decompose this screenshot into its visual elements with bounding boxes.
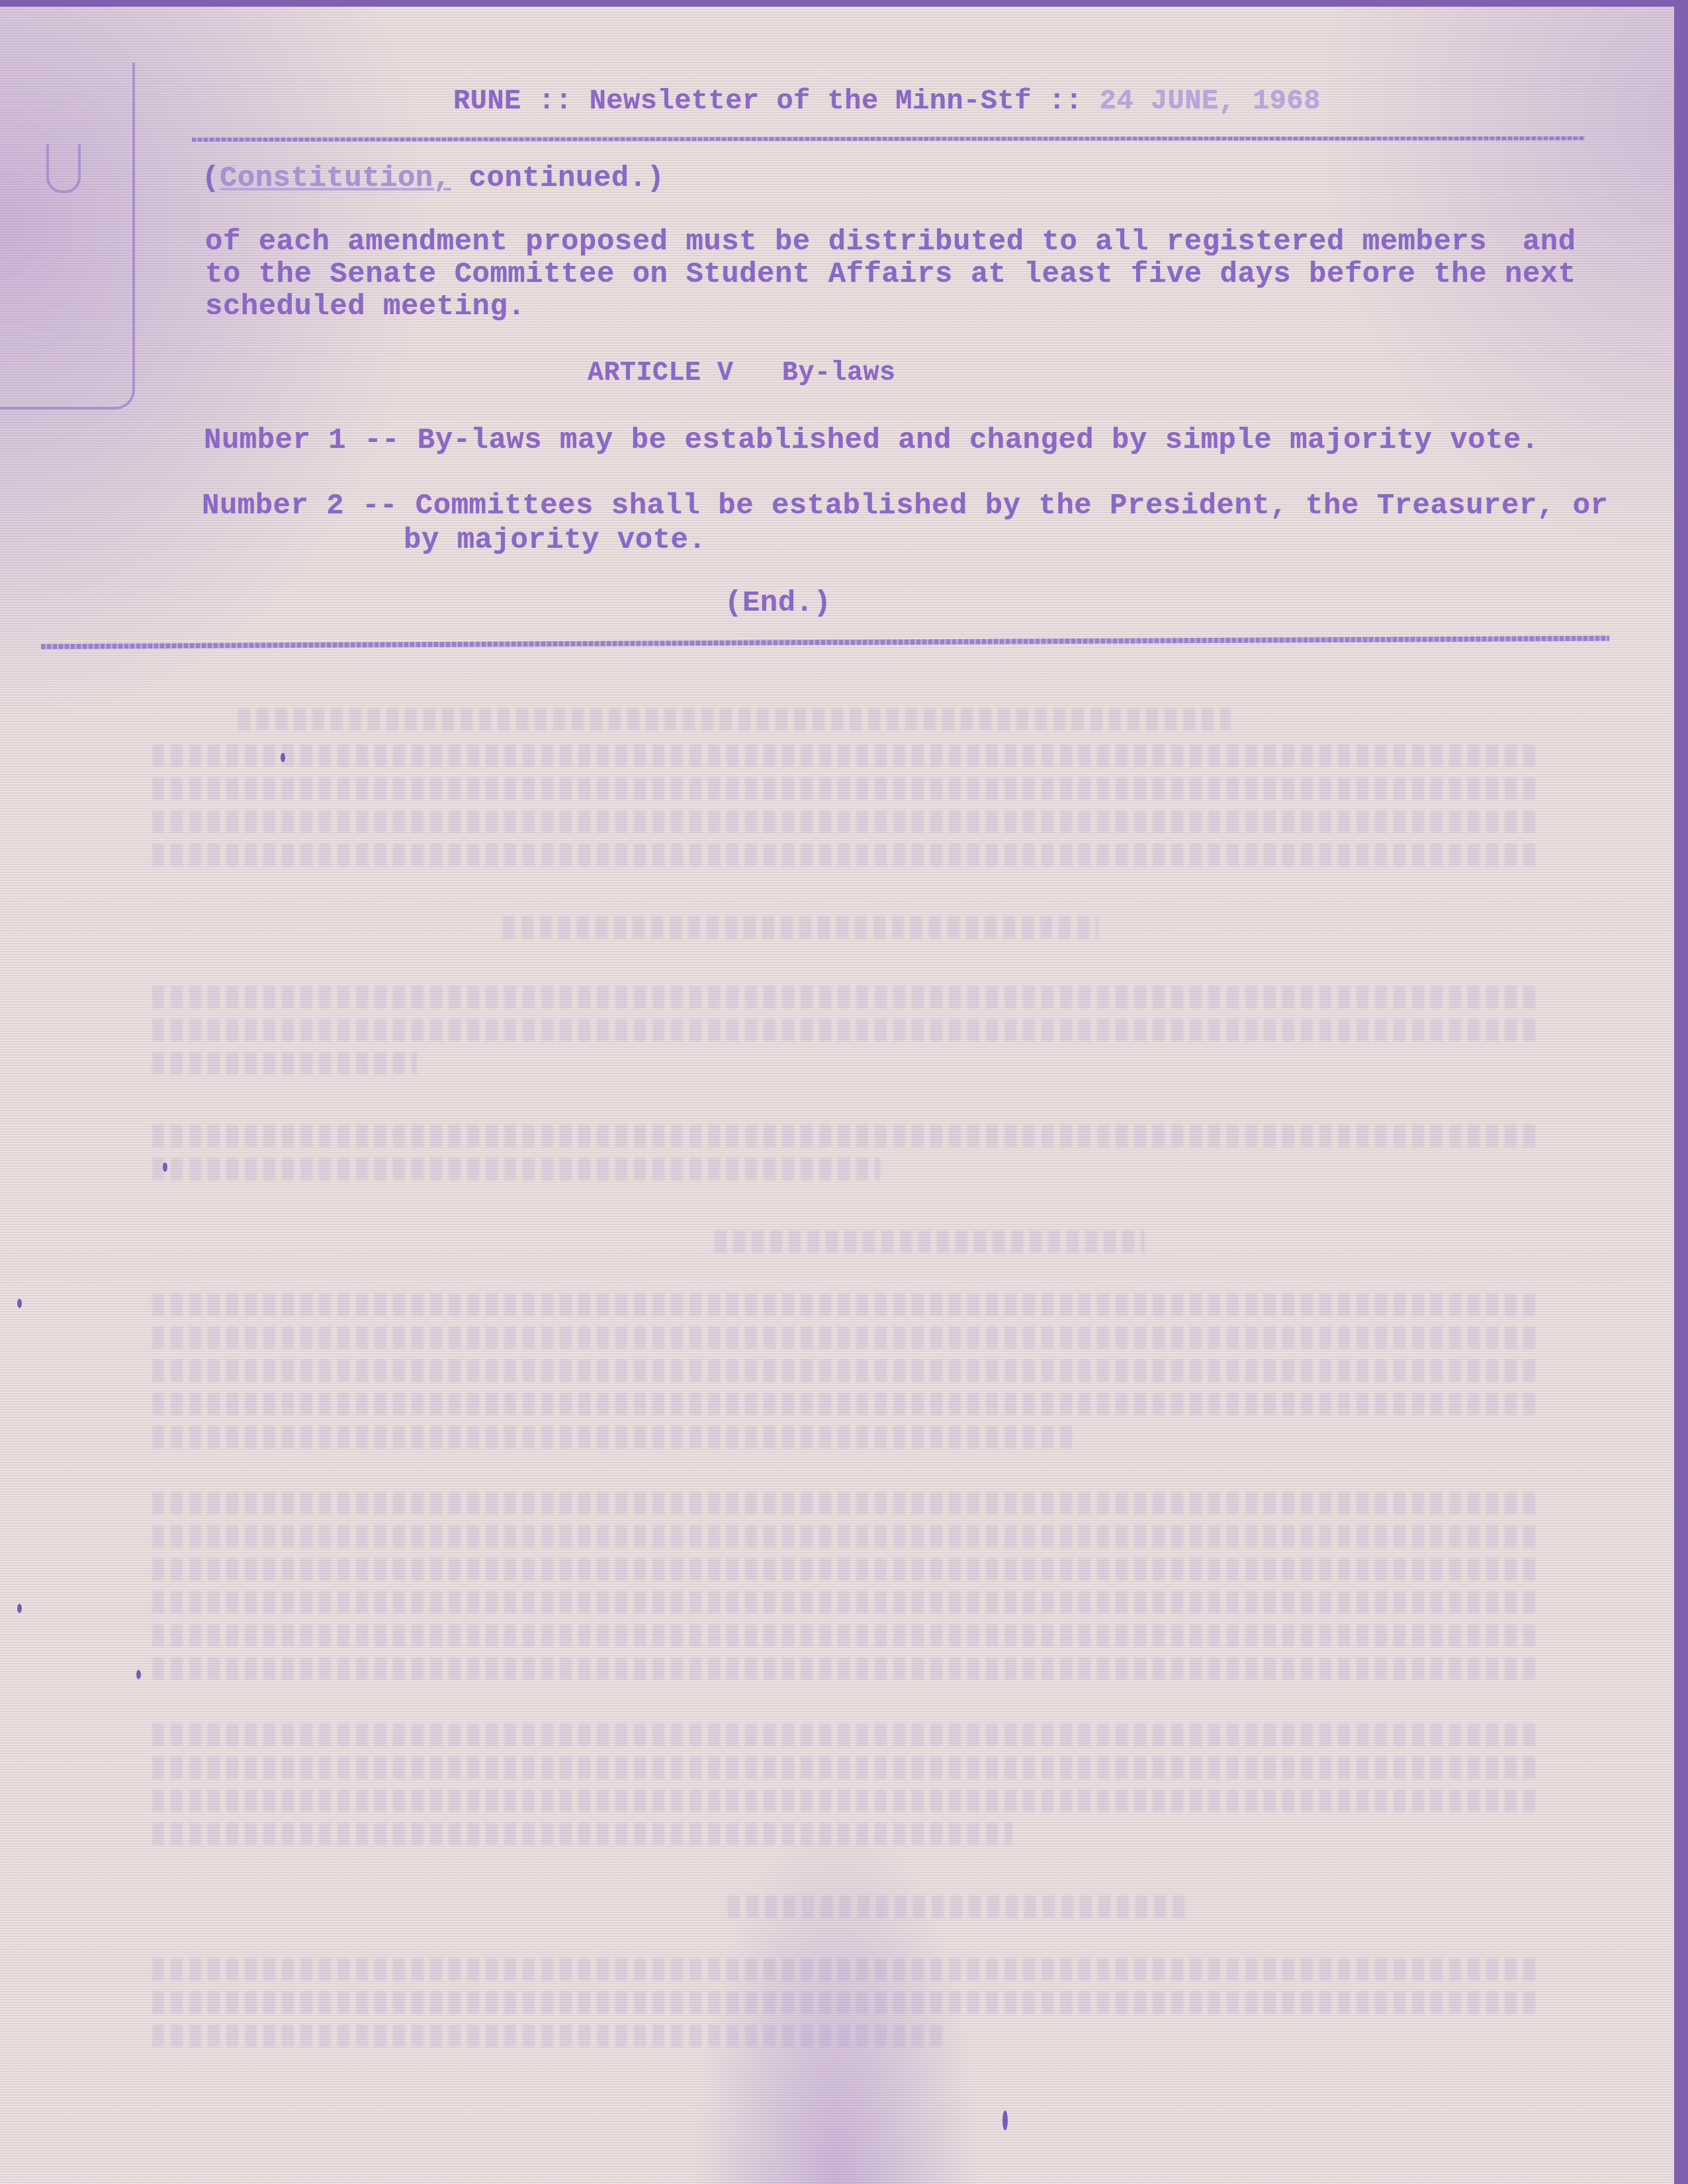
bleed-line (152, 744, 1542, 767)
paperclip-loop-mark (46, 144, 81, 193)
bylaw-number-2: Number 2 -- Committees shall be establis… (202, 492, 1608, 521)
bleed-line (152, 1327, 1542, 1349)
bleed-line (152, 1624, 1542, 1647)
header-title: RUNE :: Newsletter of the Minn-Stf :: (453, 85, 1100, 117)
ink-speck (281, 753, 285, 762)
ink-speck (163, 1162, 167, 1172)
bleed-line (152, 844, 1542, 866)
continuation-note: (Constitution, continued.) (202, 164, 665, 193)
ink-speck (17, 1299, 22, 1308)
bleed-line (152, 810, 1542, 833)
bleed-line (152, 1525, 1542, 1548)
newsletter-page: RUNE :: Newsletter of the Minn-Stf :: 24… (0, 7, 1674, 2184)
bleed-line (152, 1558, 1542, 1581)
continuation-rest: continued.) (451, 162, 665, 195)
bleed-line (152, 1426, 1079, 1448)
continuation-open-paren: ( (202, 162, 220, 195)
bleed-line (152, 1293, 1542, 1316)
amendment-paragraph: of each amendment proposed must be distr… (205, 226, 1576, 324)
ink-speck (136, 1670, 141, 1679)
paragraph-line: scheduled meeting. (205, 291, 1576, 324)
header-divider (192, 136, 1585, 142)
continuation-section-name: Constitution, (220, 162, 451, 195)
bleed-line (152, 1052, 417, 1074)
paragraph-line: to the Senate Committee on Student Affai… (205, 259, 1576, 291)
bleed-line (152, 1790, 1542, 1812)
bleed-line (238, 708, 1231, 730)
bleed-line (715, 1231, 1145, 1253)
paperclip-mark (0, 63, 135, 410)
bleed-line (152, 1958, 1542, 1981)
bleed-line (152, 1757, 1542, 1779)
bleed-line (152, 1657, 1542, 1680)
bleed-line (152, 1991, 1542, 2014)
newsletter-header: RUNE :: Newsletter of the Minn-Stf :: 24… (453, 87, 1321, 115)
bylaw-number-1: Number 1 -- By-laws may be established a… (204, 426, 1539, 455)
bylaw-number-2-continuation: by majority vote. (404, 526, 706, 555)
article-heading: ARTICLE V By-laws (588, 361, 896, 387)
bleed-line (152, 1492, 1542, 1514)
bleed-line (152, 1591, 1542, 1614)
ink-speck (1002, 2111, 1008, 2130)
bleed-line (152, 1125, 1542, 1147)
section-end-divider (41, 636, 1609, 649)
bleed-line (152, 1823, 1012, 1845)
bleed-line (728, 1896, 1191, 1918)
bleed-line (152, 1019, 1542, 1041)
ink-speck (17, 1604, 22, 1613)
bleed-line (503, 916, 1098, 939)
bleed-line (152, 986, 1542, 1008)
bleed-line (152, 1393, 1542, 1415)
header-date: 24 JUNE, 1968 (1100, 85, 1321, 117)
end-marker: (End.) (725, 589, 831, 618)
bleed-line (152, 2025, 946, 2047)
bleed-line (152, 777, 1542, 800)
bleed-line (152, 1158, 880, 1180)
paragraph-line: of each amendment proposed must be distr… (205, 226, 1576, 259)
bleed-line (152, 1724, 1542, 1746)
bleed-line (152, 1360, 1542, 1382)
